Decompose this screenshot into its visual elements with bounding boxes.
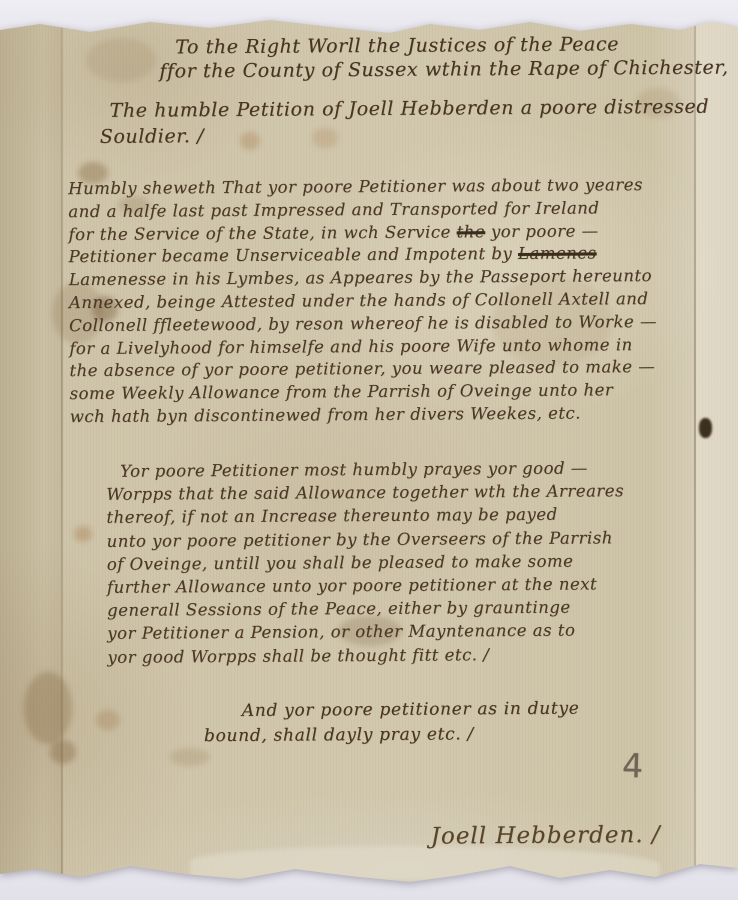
petition-body-line: Humbly sheweth That yor poore Petitioner… — [68, 174, 656, 201]
stain — [492, 276, 612, 366]
line-text: Petitioner became Unserviceable and Impo… — [69, 244, 518, 266]
petition-closing: And yor poore petitioner as in dutye bou… — [242, 697, 580, 749]
petition-title: The humble Petition of Joell Hebberden a… — [110, 94, 710, 150]
handwritten-text-layer: To the Right Worll the Justices of the P… — [0, 0, 738, 900]
stain — [118, 196, 150, 214]
petition-body-line: Annexed, beinge Attested under the hands… — [69, 288, 657, 315]
stain — [312, 128, 338, 148]
petition-closing-line: And yor poore petitioner as in dutye — [242, 697, 580, 724]
line-text: for the Service of the State, in wch Ser… — [68, 222, 456, 244]
petition-prayer-line: thereof, if not an Increase thereunto ma… — [106, 503, 624, 530]
right-edge-strip — [696, 20, 738, 882]
petition-page: To the Right Worll the Justices of the P… — [0, 0, 738, 900]
stain — [338, 616, 402, 646]
petition-prayer-line: Worpps that the said Allowance together … — [106, 479, 624, 506]
petition-prayer-line: unto yor poore petitioner by the Oversee… — [107, 526, 625, 553]
stain — [24, 672, 72, 744]
stain — [74, 526, 92, 542]
petition-body-line: Collonell ffleetewood, by reson whereof … — [69, 311, 657, 338]
stain — [52, 282, 104, 344]
struck-word: Lamenes — [518, 244, 597, 264]
address-heading: To the Right Worll the Justices of the P… — [159, 31, 729, 83]
address-line: ffor the County of Sussex wthin the Rape… — [159, 55, 728, 83]
petition-body: Humbly sheweth That yor poore Petitioner… — [68, 174, 658, 429]
stain — [636, 88, 680, 118]
petition-body-line: Lamenesse in his Lymbes, as Appeares by … — [69, 265, 657, 292]
stain — [92, 296, 118, 322]
petition-prayer-line: yor Petitioner a Pension, or other Maynt… — [107, 619, 625, 646]
petition-body-line: the absence of yor poore petitioner, you… — [69, 356, 657, 383]
archival-folio-number: 4 — [622, 746, 644, 786]
petition-body-line: for the Service of the State, in wch Ser… — [68, 220, 656, 247]
stain — [78, 162, 108, 184]
petition-prayer-line: further Allowance unto yor poore petitio… — [107, 572, 625, 599]
petition-body-line: wch hath byn discontinewed from her dive… — [70, 402, 658, 429]
petition-prayer: Yor poore Petitioner most humbly prayes … — [106, 456, 625, 668]
left-fold-crease — [61, 20, 63, 882]
stain — [50, 740, 76, 764]
struck-word: the — [457, 222, 486, 241]
paper-hole — [699, 418, 712, 438]
stain — [170, 748, 210, 766]
manuscript-scan: To the Right Worll the Justices of the P… — [0, 0, 738, 900]
stain — [86, 38, 156, 82]
signature: Joell Hebberden. / — [431, 822, 661, 850]
petition-prayer-line: yor good Worpps shall be thought fitt et… — [107, 642, 625, 669]
petition-title-line: Souldier. / — [100, 120, 710, 150]
petition-title-line: The humble Petition of Joell Hebberden a… — [110, 94, 710, 124]
petition-body-line: and a halfe last past Impressed and Tran… — [68, 197, 656, 224]
petition-body-line: some Weekly Allowance from the Parrish o… — [70, 379, 658, 406]
paper-shadow: To the Right Worll the Justices of the P… — [0, 0, 738, 900]
address-line: To the Right Worll the Justices of the P… — [175, 31, 728, 59]
stain — [96, 710, 120, 730]
stain — [240, 132, 260, 150]
petition-body-line: for a Livelyhood for himselfe and his po… — [69, 334, 657, 361]
petition-prayer-line: Yor poore Petitioner most humbly prayes … — [120, 456, 624, 483]
left-margin-shading — [0, 20, 62, 882]
petition-closing-line: bound, shall dayly pray etc. / — [204, 722, 580, 750]
water-tideline — [190, 846, 660, 880]
petition-prayer-line: of Oveinge, untill you shall be pleased … — [107, 549, 625, 576]
petition-body-line: Petitioner became Unserviceable and Impo… — [69, 242, 657, 269]
right-fold-crease — [694, 20, 696, 882]
line-text: yor poore — — [485, 221, 599, 241]
petition-prayer-line: generall Sessions of the Peace, either b… — [107, 595, 625, 622]
